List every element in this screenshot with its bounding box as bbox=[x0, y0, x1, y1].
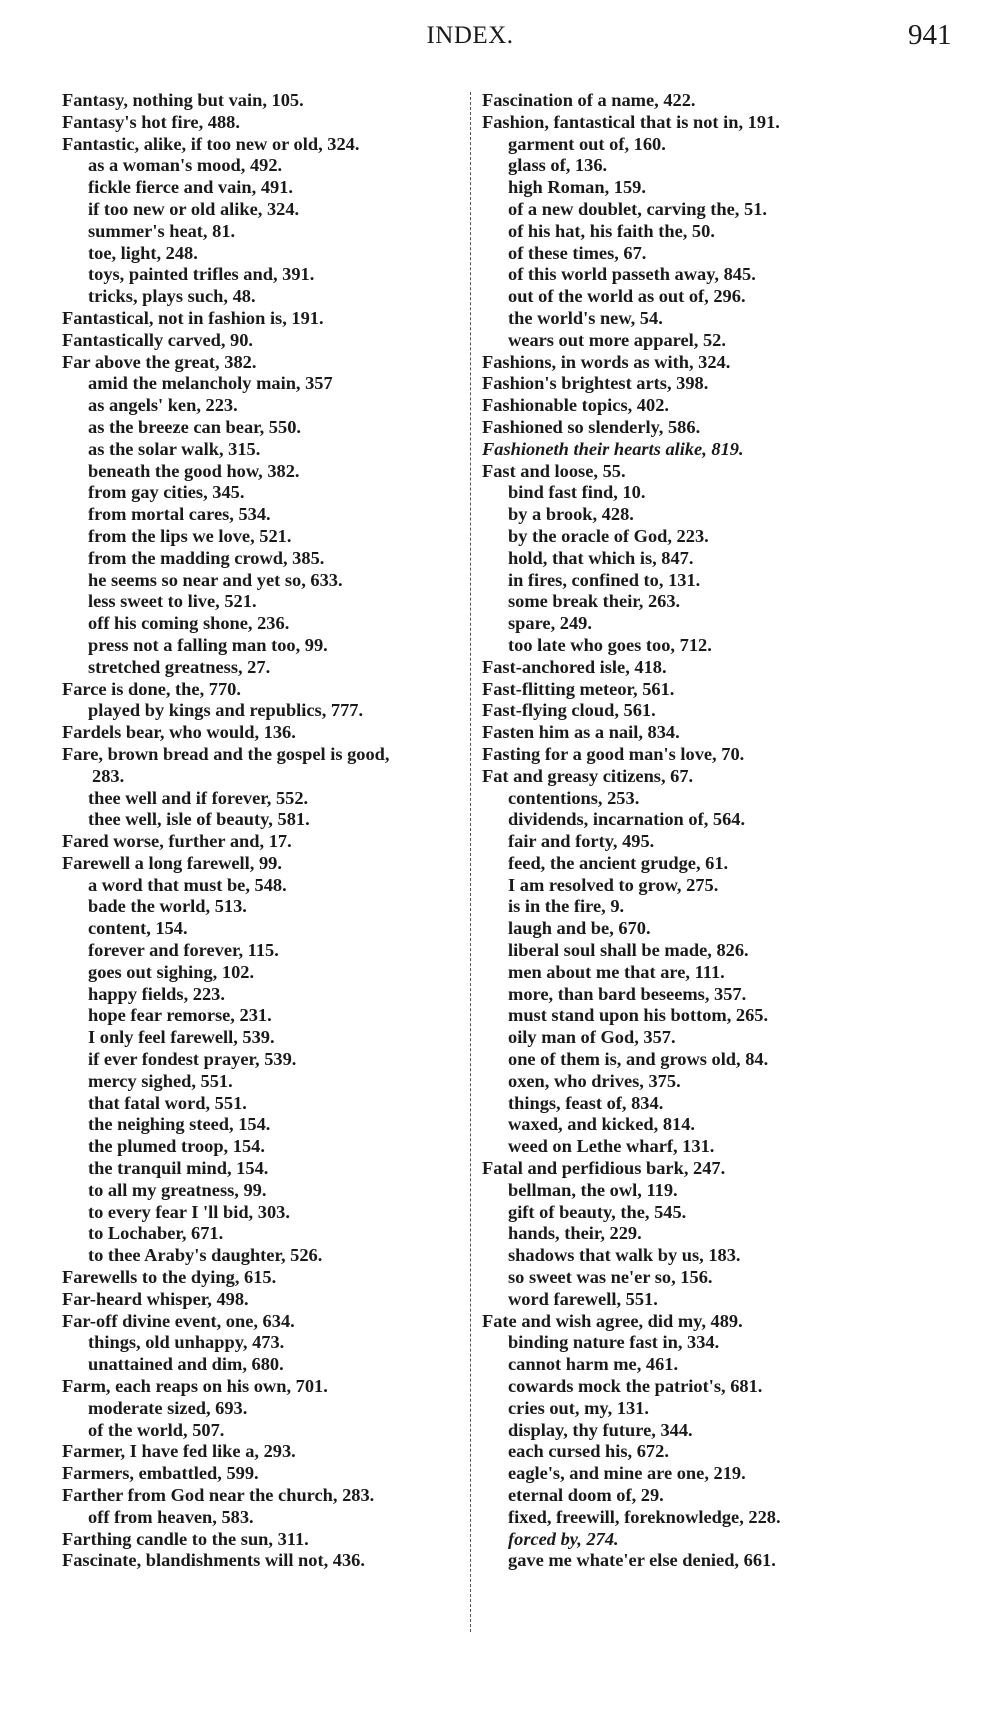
index-entry-heading: Fantastically carved, 90. bbox=[62, 330, 472, 352]
index-subentry: high Roman, 159. bbox=[482, 177, 912, 199]
index-subentry: one of them is, and grows old, 84. bbox=[482, 1049, 912, 1071]
index-subentry: goes out sighing, 102. bbox=[62, 962, 472, 984]
column-divider bbox=[470, 92, 471, 1632]
index-subentry: the neighing steed, 154. bbox=[62, 1114, 472, 1136]
index-subentry: laugh and be, 670. bbox=[482, 918, 912, 940]
index-subentry: the world's new, 54. bbox=[482, 308, 912, 330]
index-subentry: dividends, incarnation of, 564. bbox=[482, 809, 912, 831]
index-subentry: spare, 249. bbox=[482, 613, 912, 635]
index-subentry: things, feast of, 834. bbox=[482, 1093, 912, 1115]
page-number: 941 bbox=[908, 19, 952, 52]
index-subentry: word farewell, 551. bbox=[482, 1289, 912, 1311]
index-subentry: of this world passeth away, 845. bbox=[482, 264, 912, 286]
index-subentry: that fatal word, 551. bbox=[62, 1093, 472, 1115]
index-subentry: garment out of, 160. bbox=[482, 134, 912, 156]
index-subentry: in fires, confined to, 131. bbox=[482, 570, 912, 592]
index-subentry: moderate sized, 693. bbox=[62, 1398, 472, 1420]
index-subentry: toys, painted trifles and, 391. bbox=[62, 264, 472, 286]
index-subentry: press not a falling man too, 99. bbox=[62, 635, 472, 657]
index-subentry: feed, the ancient grudge, 61. bbox=[482, 853, 912, 875]
index-subentry: if too new or old alike, 324. bbox=[62, 199, 472, 221]
index-entry-heading: Fate and wish agree, did my, 489. bbox=[482, 1311, 912, 1333]
index-entry-heading: Farm, each reaps on his own, 701. bbox=[62, 1376, 472, 1398]
index-subentry: wears out more apparel, 52. bbox=[482, 330, 912, 352]
index-subentry: off from heaven, 583. bbox=[62, 1507, 472, 1529]
index-entry-heading: Fashions, in words as with, 324. bbox=[482, 352, 912, 374]
index-subentry: amid the melancholy main, 357 bbox=[62, 373, 472, 395]
index-subentry: from gay cities, 345. bbox=[62, 482, 472, 504]
index-subentry: thee well and if forever, 552. bbox=[62, 788, 472, 810]
index-entry-heading: Fantasy's hot fire, 488. bbox=[62, 112, 472, 134]
index-entry-heading: Fashionable topics, 402. bbox=[482, 395, 912, 417]
index-subentry: too late who goes too, 712. bbox=[482, 635, 912, 657]
index-subentry: more, than bard beseems, 357. bbox=[482, 984, 912, 1006]
index-subentry: hold, that which is, 847. bbox=[482, 548, 912, 570]
index-subentry: to Lochaber, 671. bbox=[62, 1223, 472, 1245]
index-entry-heading: Farewells to the dying, 615. bbox=[62, 1267, 472, 1289]
index-subentry: oxen, who drives, 375. bbox=[482, 1071, 912, 1093]
index-subentry: of a new doublet, carving the, 51. bbox=[482, 199, 912, 221]
index-entry-heading: Farmers, embattled, 599. bbox=[62, 1463, 472, 1485]
index-subentry: the plumed troop, 154. bbox=[62, 1136, 472, 1158]
index-subentry: display, thy future, 344. bbox=[482, 1420, 912, 1442]
index-subentry: mercy sighed, 551. bbox=[62, 1071, 472, 1093]
index-entry-heading: Fashion's brightest arts, 398. bbox=[482, 373, 912, 395]
index-subentry: fixed, freewill, foreknowledge, 228. bbox=[482, 1507, 912, 1529]
index-subentry: content, 154. bbox=[62, 918, 472, 940]
index-column-right: Fascination of a name, 422.Fashion, fant… bbox=[482, 90, 912, 1572]
index-subentry: a word that must be, 548. bbox=[62, 875, 472, 897]
index-subentry: from the lips we love, 521. bbox=[62, 526, 472, 548]
index-entry-heading: Fat and greasy citizens, 67. bbox=[482, 766, 912, 788]
index-subentry: from mortal cares, 534. bbox=[62, 504, 472, 526]
index-subentry: some break their, 263. bbox=[482, 591, 912, 613]
index-subentry: eagle's, and mine are one, 219. bbox=[482, 1463, 912, 1485]
index-entry-heading: Fared worse, further and, 17. bbox=[62, 831, 472, 853]
index-subentry: gave me whate'er else denied, 661. bbox=[482, 1550, 912, 1572]
index-subentry: if ever fondest prayer, 539. bbox=[62, 1049, 472, 1071]
index-subentry: men about me that are, 111. bbox=[482, 962, 912, 984]
index-entry-heading: Fasting for a good man's love, 70. bbox=[482, 744, 912, 766]
index-subentry: he seems so near and yet so, 633. bbox=[62, 570, 472, 592]
index-entry-heading: Fasten him as a nail, 834. bbox=[482, 722, 912, 744]
index-subentry: binding nature fast in, 334. bbox=[482, 1332, 912, 1354]
index-subentry: shadows that walk by us, 183. bbox=[482, 1245, 912, 1267]
index-subentry: bellman, the owl, 119. bbox=[482, 1180, 912, 1202]
index-subentry: things, old unhappy, 473. bbox=[62, 1332, 472, 1354]
index-subentry: forced by, 274. bbox=[482, 1529, 912, 1551]
index-subentry: eternal doom of, 29. bbox=[482, 1485, 912, 1507]
index-subentry: out of the world as out of, 296. bbox=[482, 286, 912, 308]
index-subentry: waxed, and kicked, 814. bbox=[482, 1114, 912, 1136]
index-subentry: unattained and dim, 680. bbox=[62, 1354, 472, 1376]
index-entry-heading: Fatal and perfidious bark, 247. bbox=[482, 1158, 912, 1180]
index-subentry: as the breeze can bear, 550. bbox=[62, 417, 472, 439]
index-subentry: off his coming shone, 236. bbox=[62, 613, 472, 635]
index-entry-heading: Farmer, I have fed like a, 293. bbox=[62, 1441, 472, 1463]
index-subentry: contentions, 253. bbox=[482, 788, 912, 810]
index-subentry: to thee Araby's daughter, 526. bbox=[62, 1245, 472, 1267]
index-subentry: hope fear remorse, 231. bbox=[62, 1005, 472, 1027]
index-entry-heading: Fashion, fantastical that is not in, 191… bbox=[482, 112, 912, 134]
page-title: INDEX. bbox=[0, 22, 940, 50]
index-entry-heading: Fare, brown bread and the gospel is good… bbox=[62, 744, 472, 766]
index-subentry: beneath the good how, 382. bbox=[62, 461, 472, 483]
index-subentry: thee well, isle of beauty, 581. bbox=[62, 809, 472, 831]
index-subentry: as the solar walk, 315. bbox=[62, 439, 472, 461]
index-subentry: cannot harm me, 461. bbox=[482, 1354, 912, 1376]
index-subentry: fickle fierce and vain, 491. bbox=[62, 177, 472, 199]
index-entry-heading: Far-off divine event, one, 634. bbox=[62, 1311, 472, 1333]
index-subentry: to every fear I 'll bid, 303. bbox=[62, 1202, 472, 1224]
index-subentry: toe, light, 248. bbox=[62, 243, 472, 265]
index-entry-heading: Fantasy, nothing but vain, 105. bbox=[62, 90, 472, 112]
index-subentry: each cursed his, 672. bbox=[482, 1441, 912, 1463]
index-entry-continuation: 283. bbox=[62, 766, 472, 788]
index-subentry: summer's heat, 81. bbox=[62, 221, 472, 243]
index-subentry: by a brook, 428. bbox=[482, 504, 912, 526]
index-entry-heading: Fashioned so slenderly, 586. bbox=[482, 417, 912, 439]
index-subentry: of these times, 67. bbox=[482, 243, 912, 265]
index-subentry: must stand upon his bottom, 265. bbox=[482, 1005, 912, 1027]
index-subentry: weed on Lethe wharf, 131. bbox=[482, 1136, 912, 1158]
index-subentry: bade the world, 513. bbox=[62, 896, 472, 918]
index-entry-heading: Fast and loose, 55. bbox=[482, 461, 912, 483]
index-subentry: I am resolved to grow, 275. bbox=[482, 875, 912, 897]
index-entry-heading: Fast-anchored isle, 418. bbox=[482, 657, 912, 679]
index-subentry: by the oracle of God, 223. bbox=[482, 526, 912, 548]
index-subentry: as angels' ken, 223. bbox=[62, 395, 472, 417]
index-subentry: glass of, 136. bbox=[482, 155, 912, 177]
index-column-left: Fantasy, nothing but vain, 105.Fantasy's… bbox=[62, 90, 472, 1572]
index-subentry: to all my greatness, 99. bbox=[62, 1180, 472, 1202]
index-subentry: bind fast find, 10. bbox=[482, 482, 912, 504]
index-subentry: as a woman's mood, 492. bbox=[62, 155, 472, 177]
index-entry-heading: Fascinate, blandishments will not, 436. bbox=[62, 1550, 472, 1572]
index-subentry: I only feel farewell, 539. bbox=[62, 1027, 472, 1049]
index-subentry: tricks, plays such, 48. bbox=[62, 286, 472, 308]
index-entry-heading: Fast-flying cloud, 561. bbox=[482, 700, 912, 722]
index-subentry: of the world, 507. bbox=[62, 1420, 472, 1442]
index-entry-heading: Farthing candle to the sun, 311. bbox=[62, 1529, 472, 1551]
index-subentry: liberal soul shall be made, 826. bbox=[482, 940, 912, 962]
index-entry-heading: Farewell a long farewell, 99. bbox=[62, 853, 472, 875]
index-subentry: happy fields, 223. bbox=[62, 984, 472, 1006]
index-entry-heading: Far-heard whisper, 498. bbox=[62, 1289, 472, 1311]
index-subentry: fair and forty, 495. bbox=[482, 831, 912, 853]
index-subentry: oily man of God, 357. bbox=[482, 1027, 912, 1049]
index-entry-heading: Fantastic, alike, if too new or old, 324… bbox=[62, 134, 472, 156]
index-entry-heading: Fardels bear, who would, 136. bbox=[62, 722, 472, 744]
index-subentry: is in the fire, 9. bbox=[482, 896, 912, 918]
index-subentry: stretched greatness, 27. bbox=[62, 657, 472, 679]
index-subentry: cries out, my, 131. bbox=[482, 1398, 912, 1420]
index-subentry: played by kings and republics, 777. bbox=[62, 700, 472, 722]
index-subentry: from the madding crowd, 385. bbox=[62, 548, 472, 570]
index-entry-heading: Fascination of a name, 422. bbox=[482, 90, 912, 112]
index-entry-heading: Farce is done, the, 770. bbox=[62, 679, 472, 701]
index-entry-heading: Farther from God near the church, 283. bbox=[62, 1485, 472, 1507]
index-entry-heading: Fashioneth their hearts alike, 819. bbox=[482, 439, 912, 461]
index-subentry: gift of beauty, the, 545. bbox=[482, 1202, 912, 1224]
index-subentry: the tranquil mind, 154. bbox=[62, 1158, 472, 1180]
index-entry-heading: Fast-flitting meteor, 561. bbox=[482, 679, 912, 701]
index-entry-heading: Far above the great, 382. bbox=[62, 352, 472, 374]
index-subentry: cowards mock the patriot's, 681. bbox=[482, 1376, 912, 1398]
index-subentry: forever and forever, 115. bbox=[62, 940, 472, 962]
index-subentry: hands, their, 229. bbox=[482, 1223, 912, 1245]
index-subentry: of his hat, his faith the, 50. bbox=[482, 221, 912, 243]
index-subentry: less sweet to live, 521. bbox=[62, 591, 472, 613]
index-entry-heading: Fantastical, not in fashion is, 191. bbox=[62, 308, 472, 330]
index-subentry: so sweet was ne'er so, 156. bbox=[482, 1267, 912, 1289]
